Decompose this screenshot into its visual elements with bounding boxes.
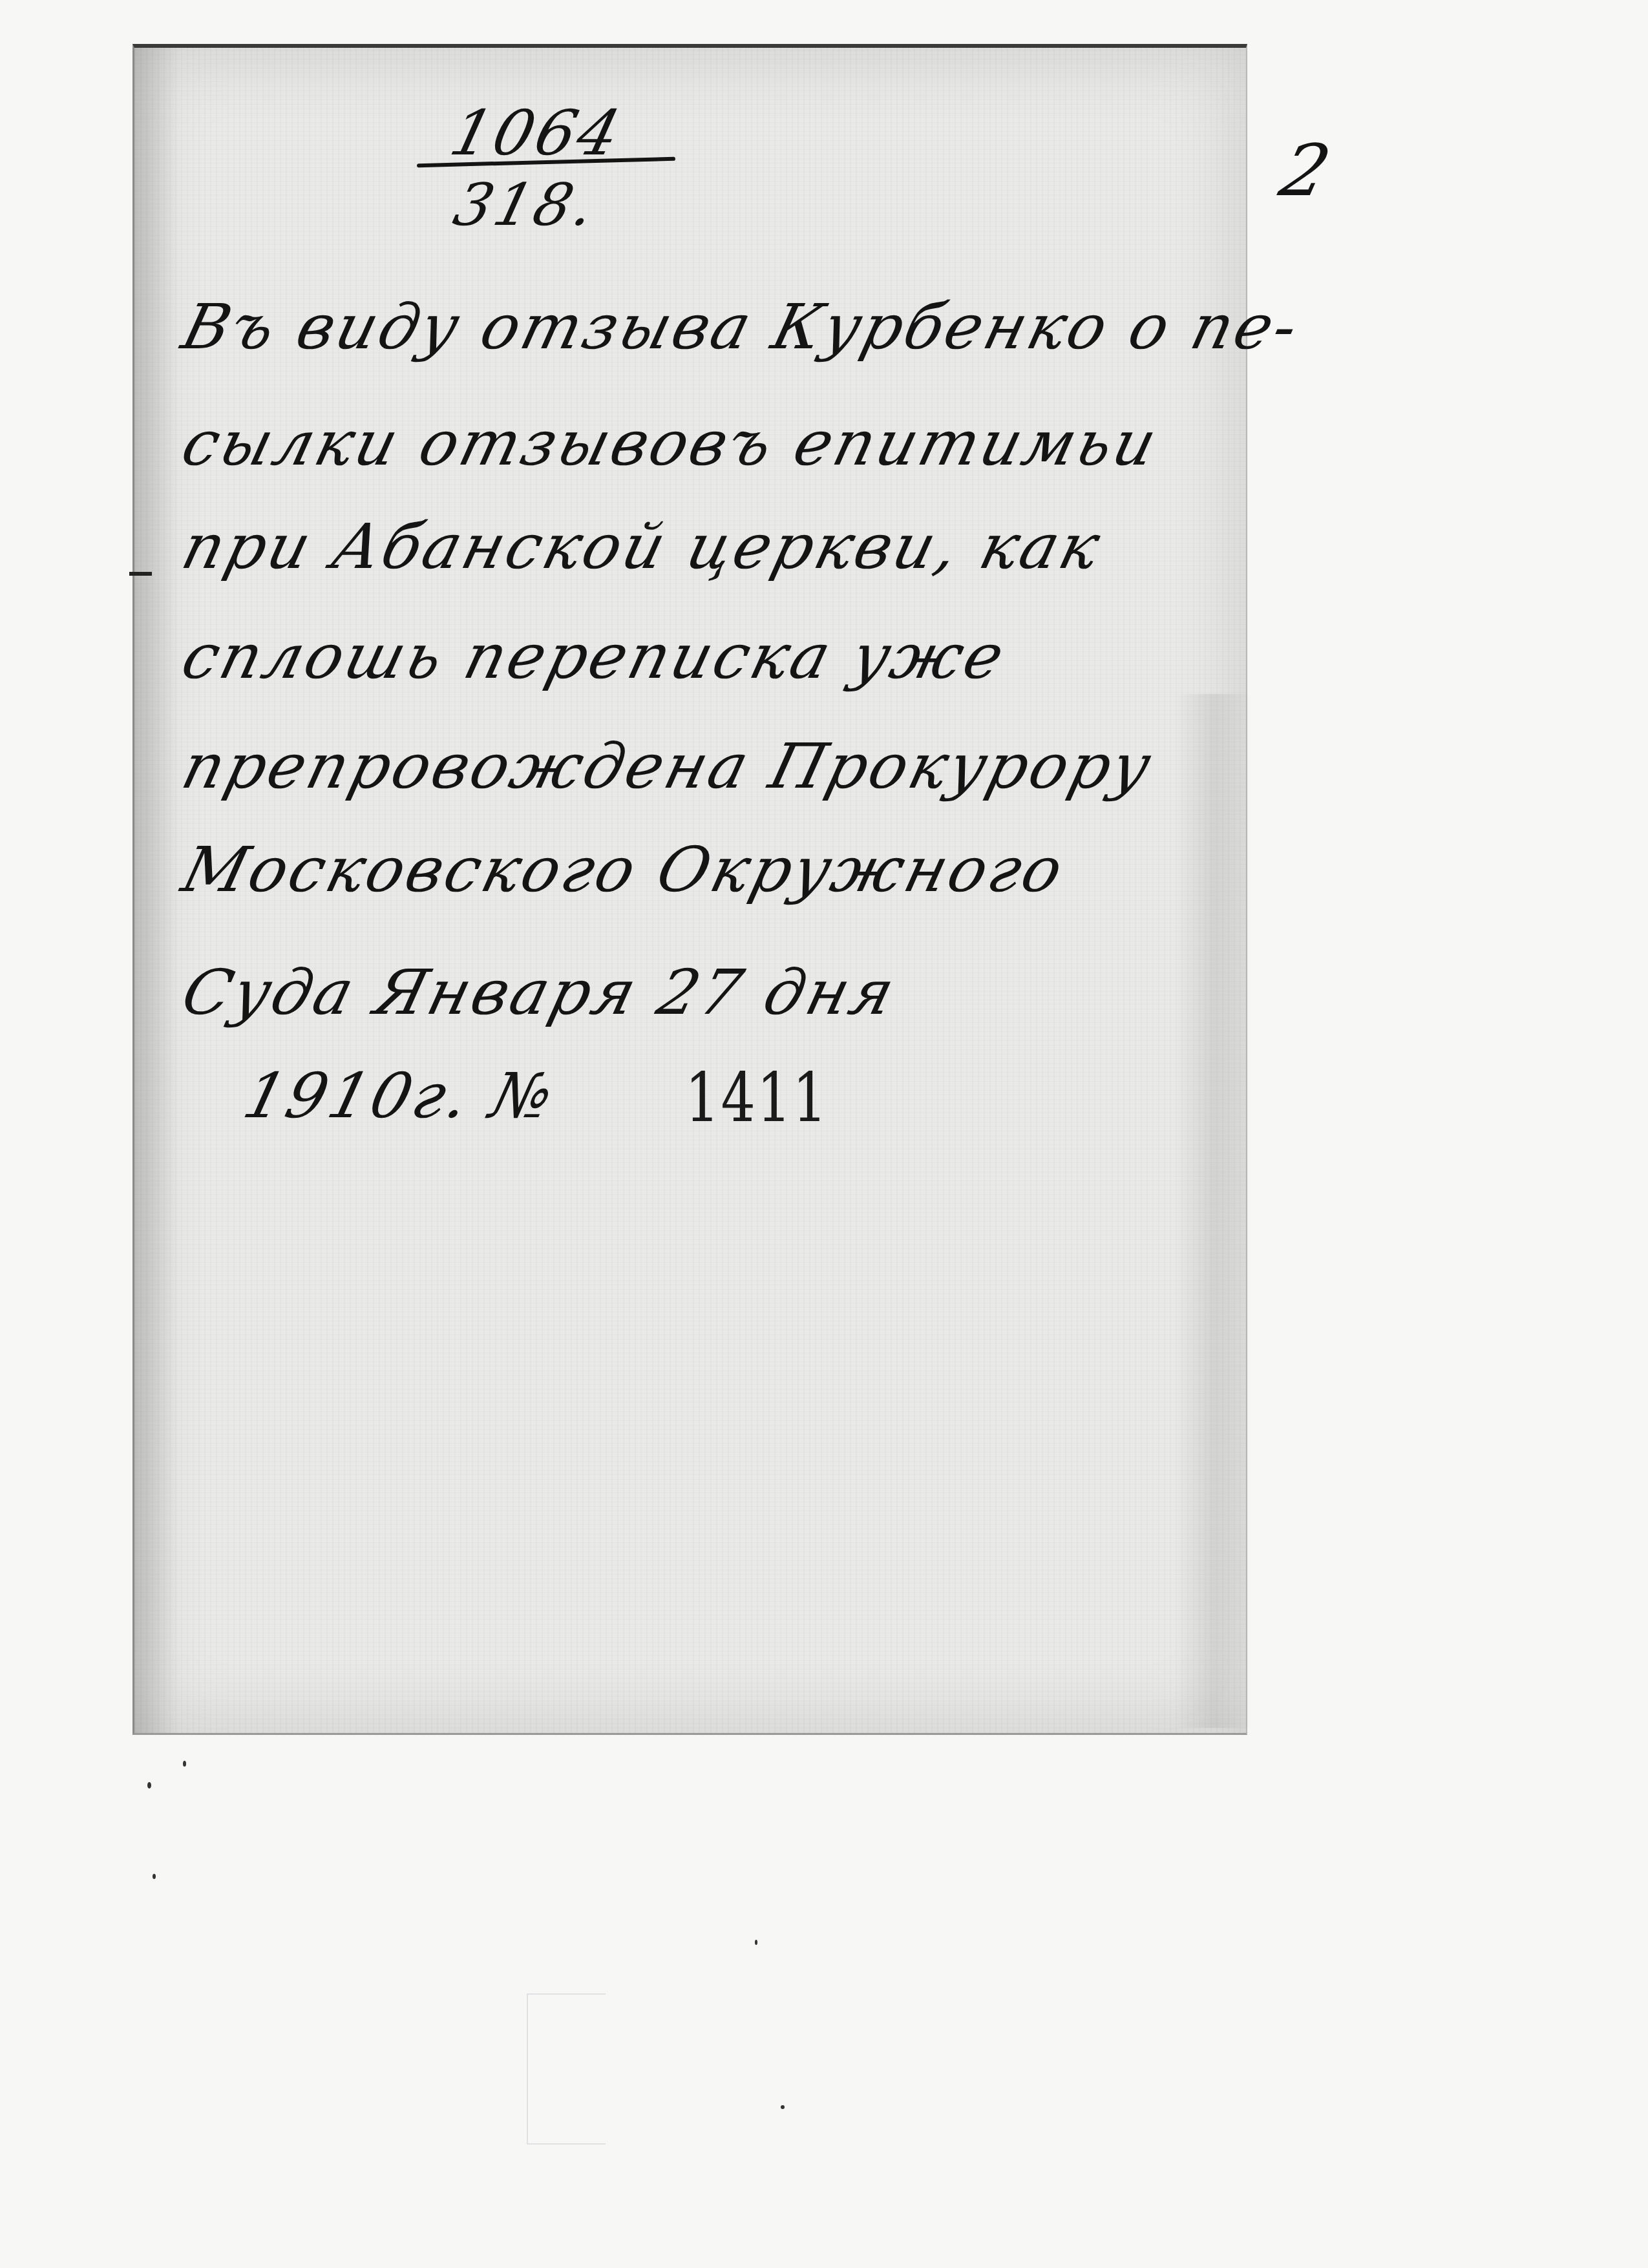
margin-dash-mark xyxy=(129,572,152,576)
page-number-mark: 2 xyxy=(1273,129,1341,212)
body-line-8-date: 1910г. № xyxy=(237,1060,563,1132)
body-line-3: при Абанской церкви, как xyxy=(175,510,1110,583)
stamped-number: 1411 xyxy=(685,1058,829,1138)
file-number-bottom: 318. xyxy=(447,171,604,239)
body-line-6: Московского Окружного xyxy=(175,834,1072,906)
body-line-7: Суда Января 27 дня xyxy=(175,956,903,1029)
dust-speck xyxy=(153,1874,156,1879)
faint-bleedthrough-stamp xyxy=(527,1993,606,2145)
dust-speck xyxy=(147,1782,151,1789)
body-line-5: препровождена Прокурору xyxy=(175,730,1161,803)
dust-speck xyxy=(183,1761,186,1767)
body-line-4: сплошь переписка уже xyxy=(175,620,1013,693)
dust-speck xyxy=(755,1940,757,1945)
left-edge-smudge xyxy=(134,48,180,1733)
fold-shadow xyxy=(1175,694,1252,1728)
body-line-2: сылки отзывовъ епитимьи xyxy=(175,407,1166,479)
dust-speck xyxy=(781,2105,785,2109)
body-line-1: Въ виду отзыва Курбенко о пе- xyxy=(175,291,1307,363)
